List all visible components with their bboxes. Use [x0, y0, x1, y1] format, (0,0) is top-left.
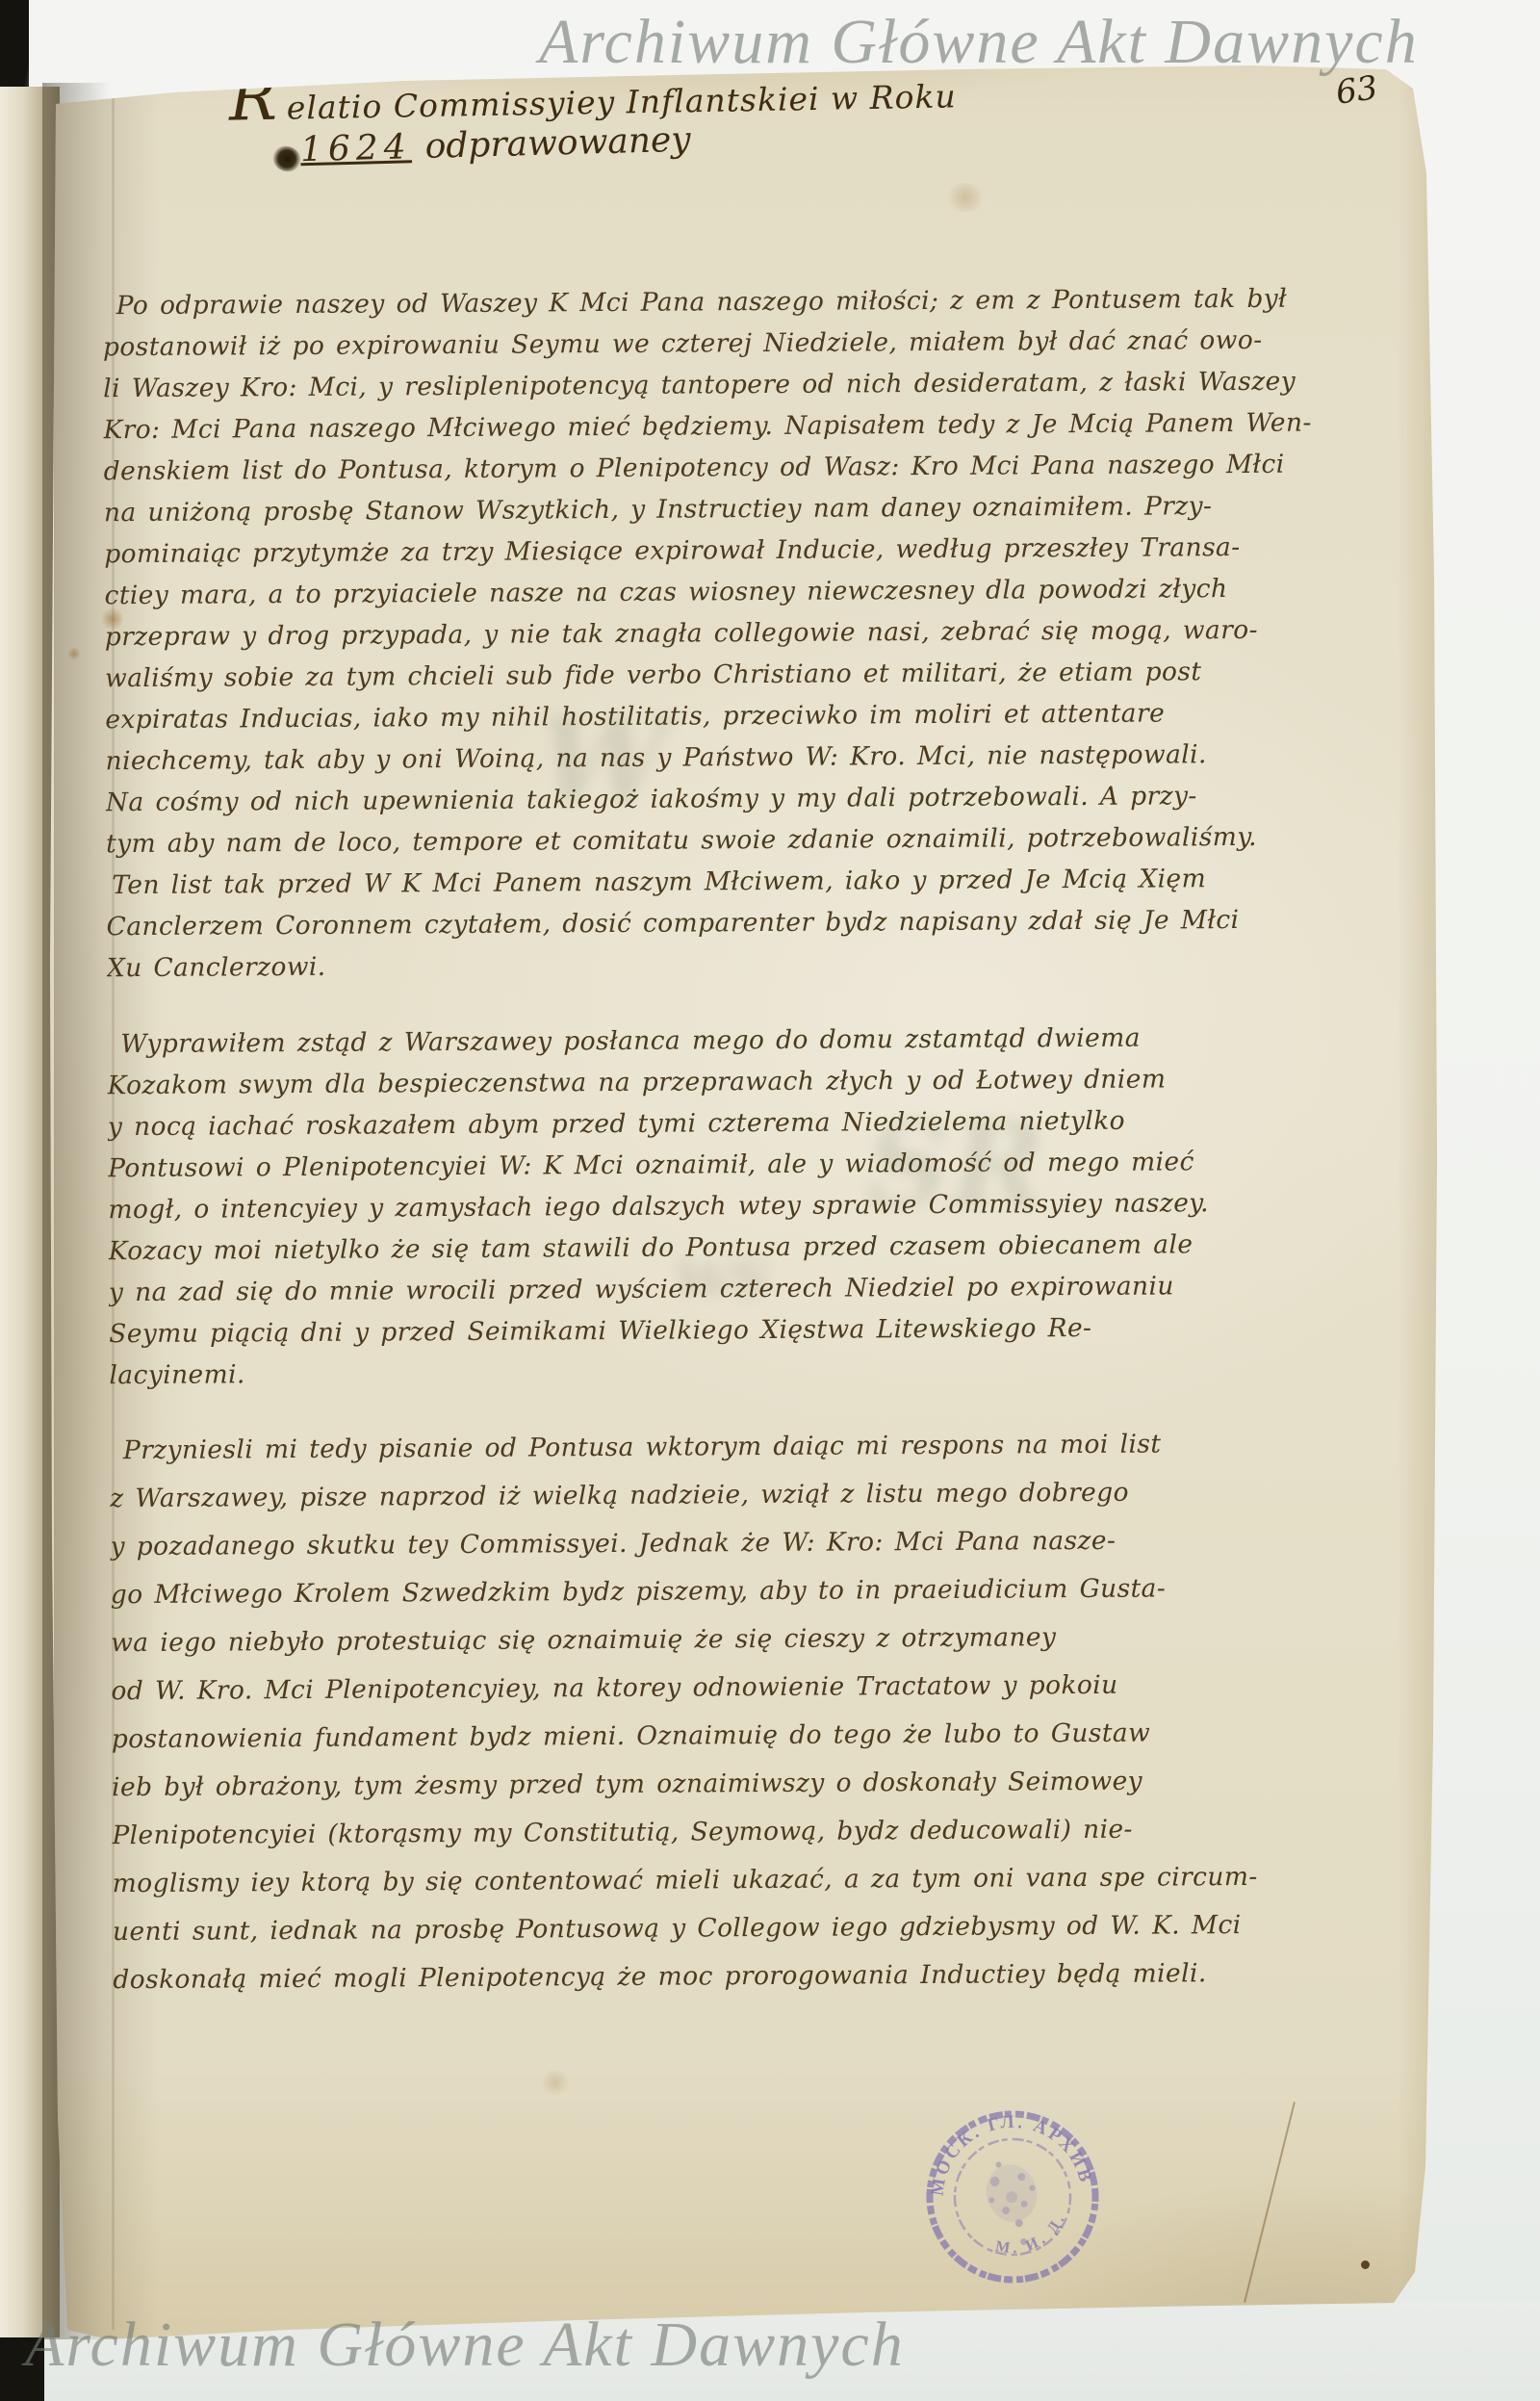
paper-crease: [1244, 2102, 1296, 2303]
manuscript-page: W SR ws Relatio Commissyiey Inflantskiei…: [0, 0, 1540, 2401]
manuscript-line: przepraw y drog przypada, y nie tak znag…: [105, 608, 1425, 658]
archive-stamp: МОСК. ГЛ. АРХИВЪ М. И. Д.: [896, 2080, 1129, 2313]
manuscript-line: Canclerzem Coronnem czytałem, dosić comp…: [106, 898, 1426, 947]
foxing-stain: [943, 183, 988, 212]
manuscript-line: uenti sunt, iednak na prosbę Pontusową y…: [113, 1900, 1433, 1956]
manuscript-line: denskiem list do Pontusa, ktorym o Pleni…: [104, 443, 1424, 492]
manuscript-line: ieb był obrażony, tym żesmy przed tym oz…: [112, 1756, 1432, 1812]
manuscript-body: Po odprawie naszey od Waszey K Mci Pana …: [103, 277, 1434, 2004]
manuscript-title-year: 1624: [300, 127, 413, 169]
manuscript-line: od W. Kro. Mci Plenipotencyiey, na ktore…: [111, 1660, 1431, 1716]
manuscript-line: z Warszawey, pisze naprzod iż wielką nad…: [110, 1467, 1430, 1523]
paragraph: Wyprawiłem zstąd z Warszawey posłanca me…: [107, 1016, 1429, 1396]
ink-blot: [269, 142, 304, 176]
foxing-stain: [67, 647, 81, 660]
foxing-stain: [539, 2070, 572, 2095]
archive-watermark-top: Archiwum Główne Akt Dawnych: [539, 6, 1419, 79]
manuscript-line: doskonałą mieć mogli Plenipotencyą że mo…: [113, 1949, 1433, 2004]
paragraph: Po odprawie naszey od Waszey K Mci Pana …: [103, 277, 1427, 865]
manuscript-title-word: odprawowaney: [424, 120, 691, 167]
paragraph: Ten list tak przed W K Mci Panem naszym …: [106, 857, 1427, 989]
manuscript-line: y pozadanego skutku tey Commissyei. Jedn…: [110, 1515, 1430, 1571]
manuscript-line: Plenipotencyiei (ktorąsmy my Constitutią…: [112, 1804, 1432, 1860]
paragraph: Przyniesli mi tedy pisanie od Pontusa wk…: [110, 1419, 1434, 2004]
manuscript-scan-page: { "document": { "watermark_top": "Archiw…: [0, 0, 1540, 2401]
manuscript-line: wa iego niebyło protestuiąc się oznaimui…: [111, 1612, 1431, 1667]
manuscript-line: lacyinemi.: [109, 1347, 1429, 1396]
manuscript-line: Przyniesli mi tedy pisanie od Pontusa wk…: [110, 1419, 1430, 1475]
manuscript-line: postanowienia fundament bydz mieni. Ozna…: [112, 1708, 1432, 1764]
archive-watermark-bottom: Archiwum Główne Akt Dawnych: [25, 2309, 905, 2382]
manuscript-line: go Młciwego Krolem Szwedzkim bydz piszem…: [111, 1563, 1431, 1619]
manuscript-line: moglismy iey ktorą by się contentować mi…: [113, 1852, 1433, 1908]
ink-speck: [1361, 2260, 1370, 2269]
manuscript-title-line2: 1624odprawowaney: [300, 120, 692, 170]
manuscript-line: Xu Canclerzowi.: [107, 940, 1427, 989]
manuscript-line: tym aby nam de loco, tempore et comitatu…: [106, 815, 1426, 865]
